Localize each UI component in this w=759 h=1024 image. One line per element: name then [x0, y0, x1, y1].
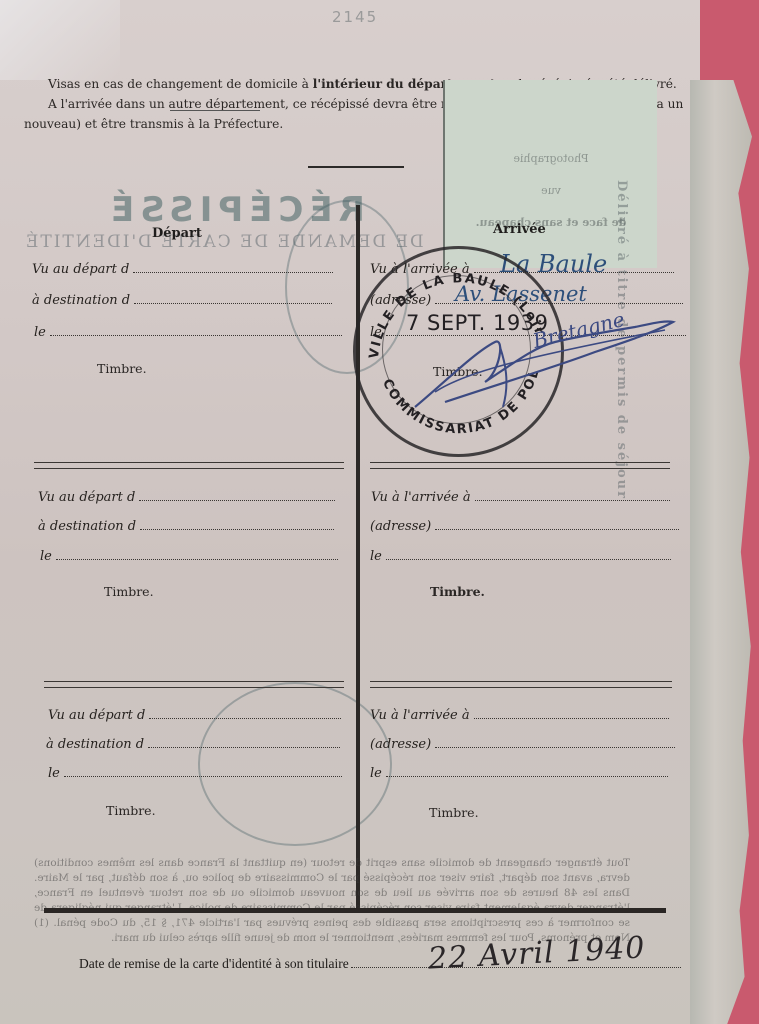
s2-end-rule-left — [44, 681, 344, 688]
s3-depart-dest-field[interactable] — [148, 746, 340, 748]
s2-arrivee-adresse-label: (adresse) — [370, 519, 431, 534]
s3-arrivee-le-label: le — [370, 766, 382, 781]
s2-arrivee-adresse: (adresse) — [370, 519, 679, 534]
s2-arrivee-timbre: Timbre. — [430, 584, 485, 599]
s2-depart-dest-label: à destination d — [38, 519, 136, 534]
s1-depart-vu-field[interactable] — [133, 271, 333, 273]
s3-depart-dest: à destination d — [46, 737, 340, 752]
s3-arrivee-adresse: (adresse) — [370, 737, 675, 752]
s2-depart-vu: Vu au départ d — [38, 490, 335, 505]
intro-rule — [170, 110, 260, 111]
photo-label-1: Photographie — [445, 152, 657, 165]
s3-arrivee-vu: Vu à l'arrivée à — [370, 708, 669, 723]
s1-depart-le: le — [34, 325, 342, 340]
s3-depart-le-label: le — [48, 766, 60, 781]
s3-arrivee-adresse-field[interactable] — [435, 746, 675, 748]
signature: Bretagne — [405, 312, 680, 422]
s1-end-rule-right — [370, 462, 670, 469]
s3-arrivee-le: le — [370, 766, 668, 781]
column-depart: Départ — [152, 226, 202, 241]
s2-depart-le-label: le — [40, 549, 52, 564]
s1-depart-le-label: le — [34, 325, 46, 340]
s1-depart-timbre: Timbre. — [97, 361, 147, 376]
pencil-note: 2145 — [332, 8, 378, 26]
rules-bleed-through: Tout étranger changeant de domicile sans… — [34, 856, 630, 946]
s1-depart-dest-label: à destination d — [32, 293, 130, 308]
s2-arrivee-vu-label: Vu à l'arrivée à — [371, 490, 471, 505]
s3-arrivee-adresse-label: (adresse) — [370, 737, 431, 752]
remise-label: Date de remise de la carte d'identité à … — [79, 956, 349, 971]
s2-depart-le-field[interactable] — [56, 558, 338, 560]
s2-arrivee-vu-field[interactable] — [475, 499, 670, 501]
column-arrivee: Arrivée — [493, 222, 546, 237]
s2-end-rule-right — [370, 681, 672, 688]
s1-depart-vu-label: Vu au départ d — [32, 262, 129, 277]
s1-end-rule-left — [34, 462, 344, 469]
s1-depart-dest: à destination d — [32, 293, 332, 308]
bottom-rule — [44, 908, 666, 913]
s3-depart-le-field[interactable] — [64, 775, 342, 777]
ghost-stamp-bottom — [198, 682, 392, 846]
s2-depart-dest-field[interactable] — [140, 528, 334, 530]
s3-arrivee-le-field[interactable] — [386, 775, 668, 777]
s3-depart-vu-label: Vu au départ d — [48, 708, 145, 723]
s3-depart-vu: Vu au départ d — [48, 708, 341, 723]
s3-depart-vu-field[interactable] — [149, 717, 341, 719]
s2-depart-vu-label: Vu au départ d — [38, 490, 135, 505]
s3-depart-timbre: Timbre. — [106, 803, 156, 818]
intro-rule-bold — [308, 166, 404, 168]
s2-depart-le: le — [40, 549, 338, 564]
paper-glare — [0, 0, 120, 80]
s2-arrivee-adresse-field[interactable] — [435, 528, 679, 530]
s2-arrivee-vu: Vu à l'arrivée à — [371, 490, 670, 505]
s1-depart-le-field[interactable] — [50, 334, 342, 336]
s1-depart-dest-field[interactable] — [134, 302, 332, 304]
s2-depart-timbre: Timbre. — [104, 584, 154, 599]
s2-arrivee-le-label: le — [370, 549, 382, 564]
s3-arrivee-vu-label: Vu à l'arrivée à — [370, 708, 470, 723]
torn-right-strip — [690, 80, 752, 1024]
intro-line1-part1: Visas en cas de changement de domicile à — [48, 77, 313, 91]
s2-depart-vu-field[interactable] — [139, 499, 335, 501]
s1-depart-vu: Vu au départ d — [32, 262, 333, 277]
s2-arrivee-le-field[interactable] — [386, 558, 671, 560]
s3-arrivee-vu-field[interactable] — [474, 717, 669, 719]
s3-depart-dest-label: à destination d — [46, 737, 144, 752]
s3-arrivee-timbre: Timbre. — [429, 805, 479, 820]
s3-depart-le: le — [48, 766, 342, 781]
s2-arrivee-le: le — [370, 549, 671, 564]
s2-depart-dest: à destination d — [38, 519, 334, 534]
